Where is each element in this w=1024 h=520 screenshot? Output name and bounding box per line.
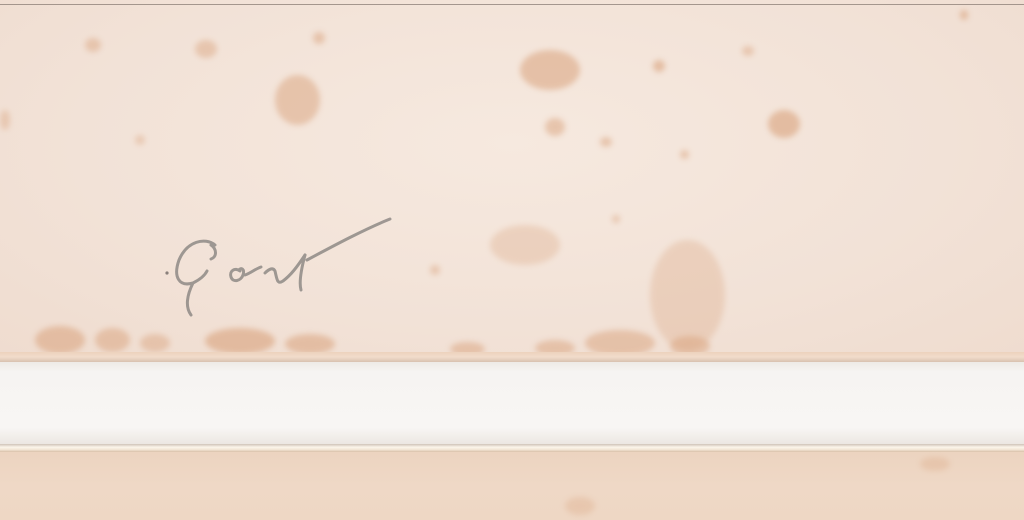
- backing-board: [0, 452, 1024, 520]
- foxing-spot: [680, 150, 689, 159]
- foxing-spot: [313, 32, 325, 44]
- foxing-spot: [205, 328, 275, 354]
- foxing-spot: [95, 328, 130, 352]
- foxing-spot: [920, 457, 950, 471]
- foxing-spot: [650, 240, 725, 350]
- foxing-spot: [490, 225, 560, 265]
- foxing-spot: [768, 110, 800, 138]
- foxing-spot: [35, 326, 85, 354]
- paper-sheet: [0, 0, 1024, 358]
- foxing-spot: [275, 75, 320, 125]
- foxing-spot: [140, 334, 170, 352]
- foxing-spot: [565, 497, 595, 515]
- foxing-spot: [85, 38, 101, 52]
- foxing-spot: [0, 110, 10, 130]
- foxing-spot: [612, 215, 620, 223]
- pencil-signature: [165, 215, 405, 325]
- paper-bottom-edge: [0, 352, 1024, 362]
- mat-bevel-edge: [0, 444, 1024, 452]
- foxing-spot: [960, 10, 968, 20]
- white-mat-strip: [0, 362, 1024, 444]
- foxing-spot: [285, 334, 335, 354]
- foxing-spot: [135, 135, 145, 145]
- foxing-spot: [545, 118, 565, 136]
- foxing-spot: [653, 60, 665, 72]
- signature-strokes: [165, 215, 405, 325]
- ruled-line: [0, 4, 1024, 5]
- foxing-spot: [742, 46, 754, 56]
- foxing-spot: [430, 265, 440, 275]
- foxing-spot: [195, 40, 217, 58]
- foxing-spot: [520, 50, 580, 90]
- foxing-spot: [600, 137, 612, 147]
